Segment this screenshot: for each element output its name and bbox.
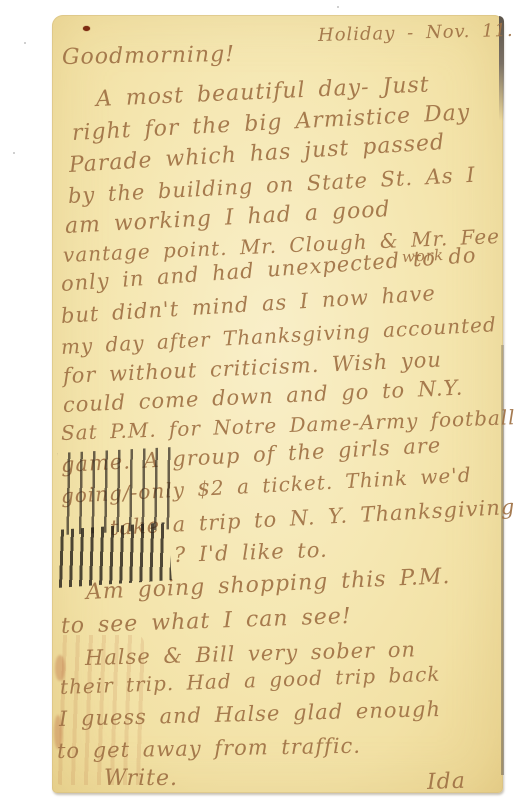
dust-speck (24, 42, 26, 44)
crossout-scribble-lower (54, 522, 172, 588)
ink-spot (83, 26, 90, 31)
closing: Write. (104, 768, 178, 790)
dust-speck (13, 152, 15, 154)
handwriting-line: ? I'd like to. (174, 540, 328, 566)
postcard: Holiday - Nov. 11. Goodmorning! A most b… (52, 15, 503, 793)
dateline: Holiday - Nov. 11. (318, 22, 514, 45)
signature: Ida (427, 771, 467, 794)
handwriting-line: to see what I can see! (61, 606, 352, 638)
dust-speck (337, 6, 339, 8)
handwriting-line: to get away from traffic. (57, 736, 361, 762)
salutation: Goodmorning! (62, 44, 235, 69)
